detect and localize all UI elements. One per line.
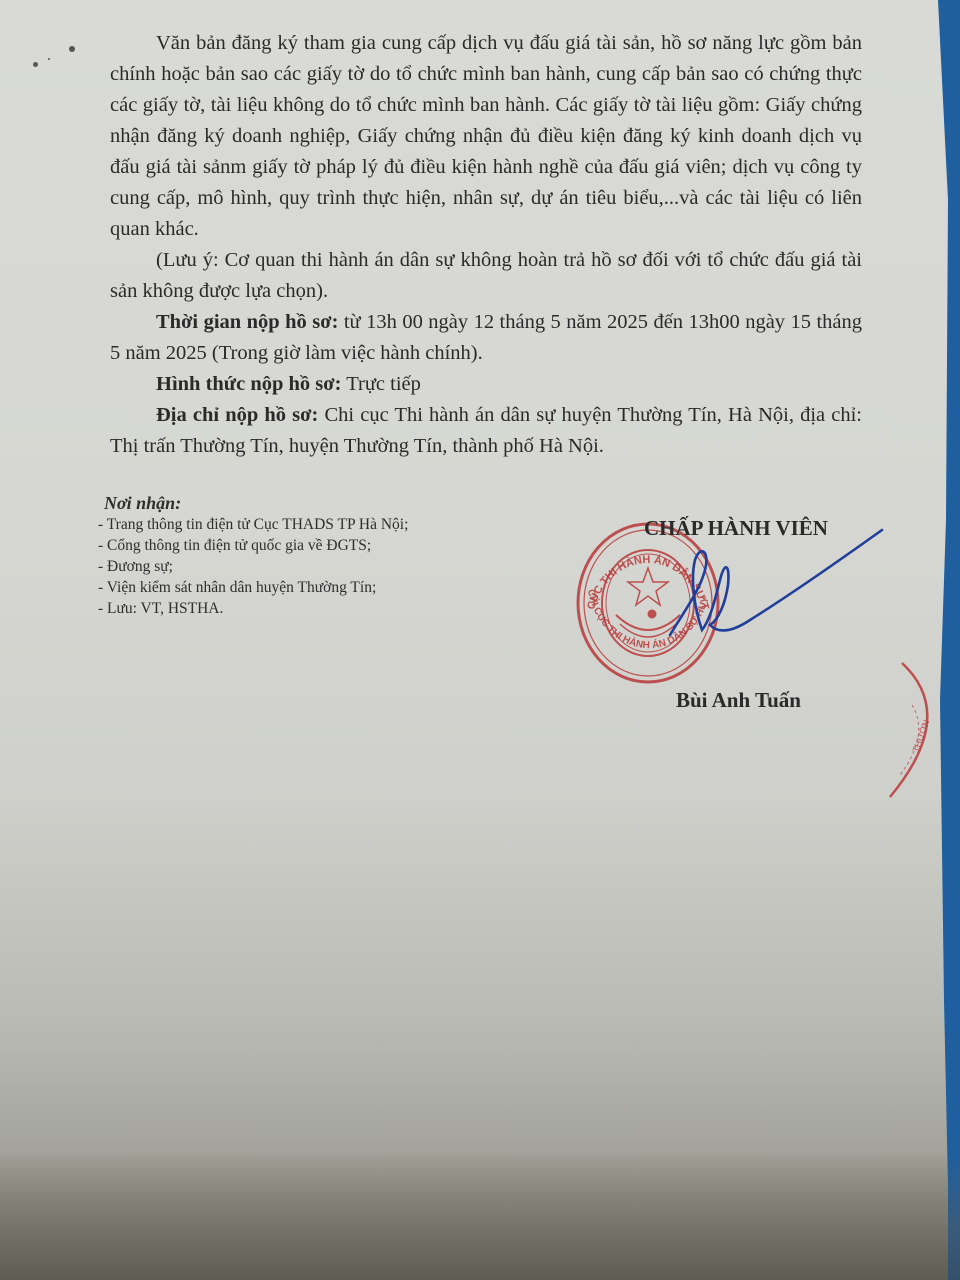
partial-seal-icon: THƯỜN [880, 655, 950, 805]
paragraph-submission-method: Hình thức nộp hồ sơ: Trực tiếp [110, 369, 862, 400]
paragraph-note: (Lưu ý: Cơ quan thi hành án dân sự không… [110, 245, 862, 307]
recipient-item: - Viện kiểm sát nhân dân huyện Thường Tí… [98, 577, 498, 598]
recipients-title: Nơi nhận: [104, 492, 498, 514]
signatory-name: Bùi Anh Tuấn [676, 688, 801, 713]
handwritten-signature-icon [560, 520, 900, 680]
paragraph-submission-time: Thời gian nộp hồ sơ: từ 13h 00 ngày 12 t… [110, 307, 862, 369]
paragraph-documents: Văn bản đăng ký tham gia cung cấp dịch v… [110, 28, 862, 245]
recipient-item: - Lưu: VT, HSTHA. [98, 598, 498, 619]
recipients-list: - Trang thông tin điện tử Cục THADS TP H… [98, 514, 498, 619]
recipient-item: - Đương sự; [98, 556, 498, 577]
svg-text:THƯỜN: THƯỜN [910, 718, 931, 753]
recipient-item: - Cổng thông tin điện tử quốc gia về ĐGT… [98, 535, 498, 556]
document-body: Văn bản đăng ký tham gia cung cấp dịch v… [110, 28, 862, 462]
recipient-item: - Trang thông tin điện tử Cục THADS TP H… [98, 514, 498, 535]
paragraph-submission-address: Địa chỉ nộp hồ sơ: Chi cục Thi hành án d… [110, 400, 862, 462]
recipients-block: Nơi nhận: - Trang thông tin điện tử Cục … [98, 492, 498, 619]
